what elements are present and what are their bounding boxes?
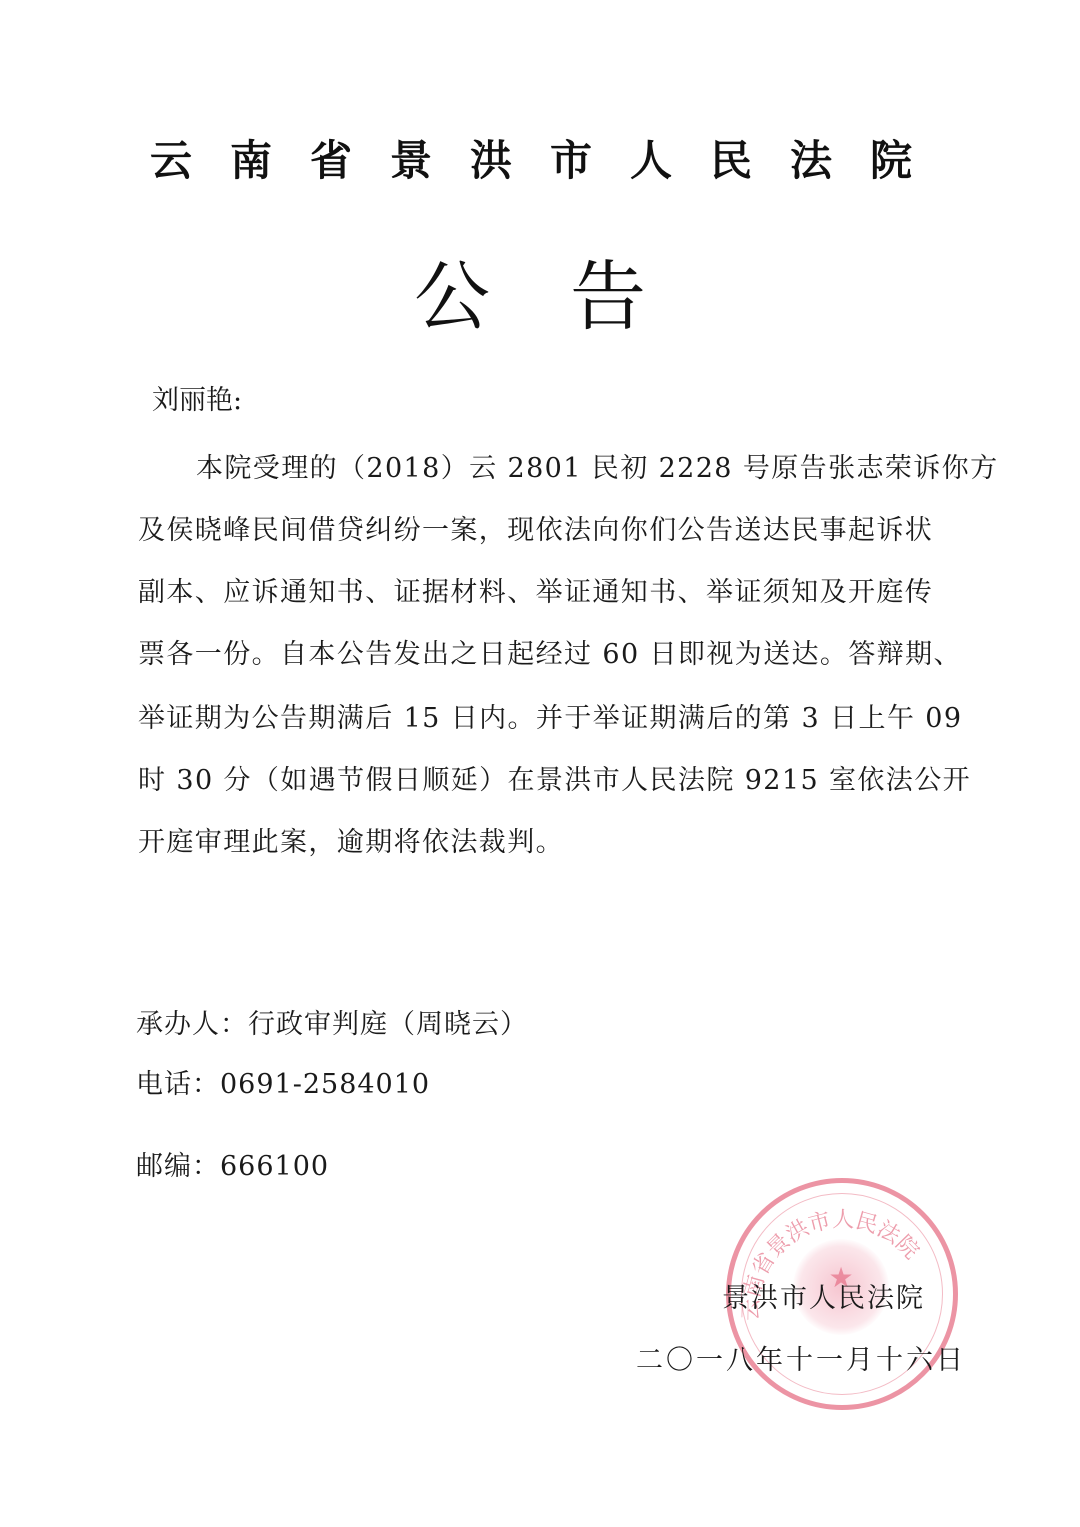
issue-date: 二〇一八年十一月十六日 xyxy=(636,1338,966,1377)
court-name-heading: 云南省景洪市人民法院 xyxy=(0,128,1080,188)
body-line: 时 30 分（如遇节假日顺延）在景洪市人民法院 9215 室依法公开 xyxy=(138,758,971,797)
issuing-court: 景洪市人民法院 xyxy=(722,1276,925,1315)
document-title: 公告 xyxy=(0,236,1080,345)
postal-code: 邮编：666100 xyxy=(136,1144,329,1183)
body-line: 举证期为公告期满后 15 日内。并于举证期满后的第 3 日上午 09 xyxy=(138,696,962,735)
body-line: 及侯晓峰民间借贷纠纷一案，现依法向你们公告送达民事起诉状 xyxy=(138,508,933,547)
body-line: 票各一份。自本公告发出之日起经过 60 日即视为送达。答辩期、 xyxy=(138,632,962,671)
body-line: 本院受理的（2018）云 2801 民初 2228 号原告张志荣诉你方 xyxy=(196,446,998,485)
case-handler: 承办人：行政审判庭（周晓云） xyxy=(136,1002,528,1041)
phone-number: 电话：0691-2584010 xyxy=(136,1062,430,1101)
recipient-salutation: 刘丽艳: xyxy=(152,378,242,417)
body-line: 副本、应诉通知书、证据材料、举证通知书、举证须知及开庭传 xyxy=(138,570,933,609)
body-line: 开庭审理此案，逾期将依法裁判。 xyxy=(138,820,564,859)
